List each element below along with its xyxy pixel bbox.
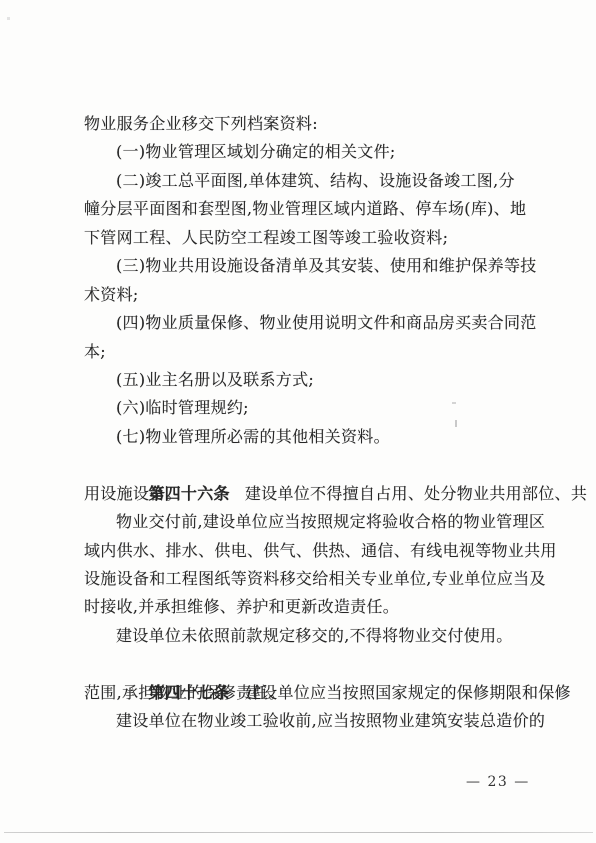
- text-line: 域内供水、排水、供电、供气、供热、通信、有线电视等物业共用: [84, 537, 562, 565]
- text-line: 时接收,并承担维修、养护和更新改造责任。: [84, 593, 562, 621]
- text-line: (七)物业管理所必需的其他相关资料。: [84, 423, 562, 451]
- text-line: 物业服务企业移交下列档案资料:: [84, 110, 562, 138]
- scan-edge-line: [4, 832, 593, 833]
- text-line: (一)物业管理区域划分确定的相关文件;: [84, 138, 562, 166]
- document-page: 物业服务企业移交下列档案资料: (一)物业管理区域划分确定的相关文件; (二)竣…: [0, 0, 596, 843]
- text-line: 术资料;: [84, 281, 562, 309]
- scan-artifact: [452, 402, 456, 404]
- text-line: 建设单位未依照前款规定移交的,不得将物业交付使用。: [84, 622, 562, 650]
- text-line: 设施设备和工程图纸等资料移交给相关专业单位,专业单位应当及: [84, 565, 562, 593]
- text-line: (五)业主名册以及联系方式;: [84, 366, 562, 394]
- text-line: 物业交付前,建设单位应当按照规定将验收合格的物业管理区: [84, 508, 562, 536]
- text-line: 第四十七条建设单位应当按照国家规定的保修期限和保修: [84, 650, 562, 678]
- text-line: (二)竣工总平面图,单体建筑、结构、设施设备竣工图,分: [84, 167, 562, 195]
- text-line: 建设单位在物业竣工验收前,应当按照物业建筑安装总造价的: [84, 707, 562, 735]
- text-line: (三)物业共用设施设备清单及其安装、使用和维护保养等技: [84, 252, 562, 280]
- article-text: 建设单位应当按照国家规定的保修期限和保修: [245, 683, 571, 702]
- article-text: 建设单位不得擅自占用、处分物业共用部位、共: [245, 484, 587, 503]
- scan-artifact: [7, 17, 10, 20]
- text-line: 幢分层平面图和套型图,物业管理区域内道路、停车场(库)、地: [84, 195, 562, 223]
- text-line: (六)临时管理规约;: [84, 394, 562, 422]
- scan-artifact: [455, 420, 457, 427]
- text-line: 第四十六条建设单位不得擅自占用、处分物业共用部位、共: [84, 451, 562, 479]
- document-body: 物业服务企业移交下列档案资料: (一)物业管理区域划分确定的相关文件; (二)竣…: [84, 110, 562, 736]
- text-line: 下管网工程、人民防空工程竣工图等竣工验收资料;: [84, 224, 562, 252]
- page-number: — 23 —: [466, 774, 530, 790]
- text-line: 本;: [84, 338, 562, 366]
- text-line: (四)物业质量保修、物业使用说明文件和商品房买卖合同范: [84, 309, 562, 337]
